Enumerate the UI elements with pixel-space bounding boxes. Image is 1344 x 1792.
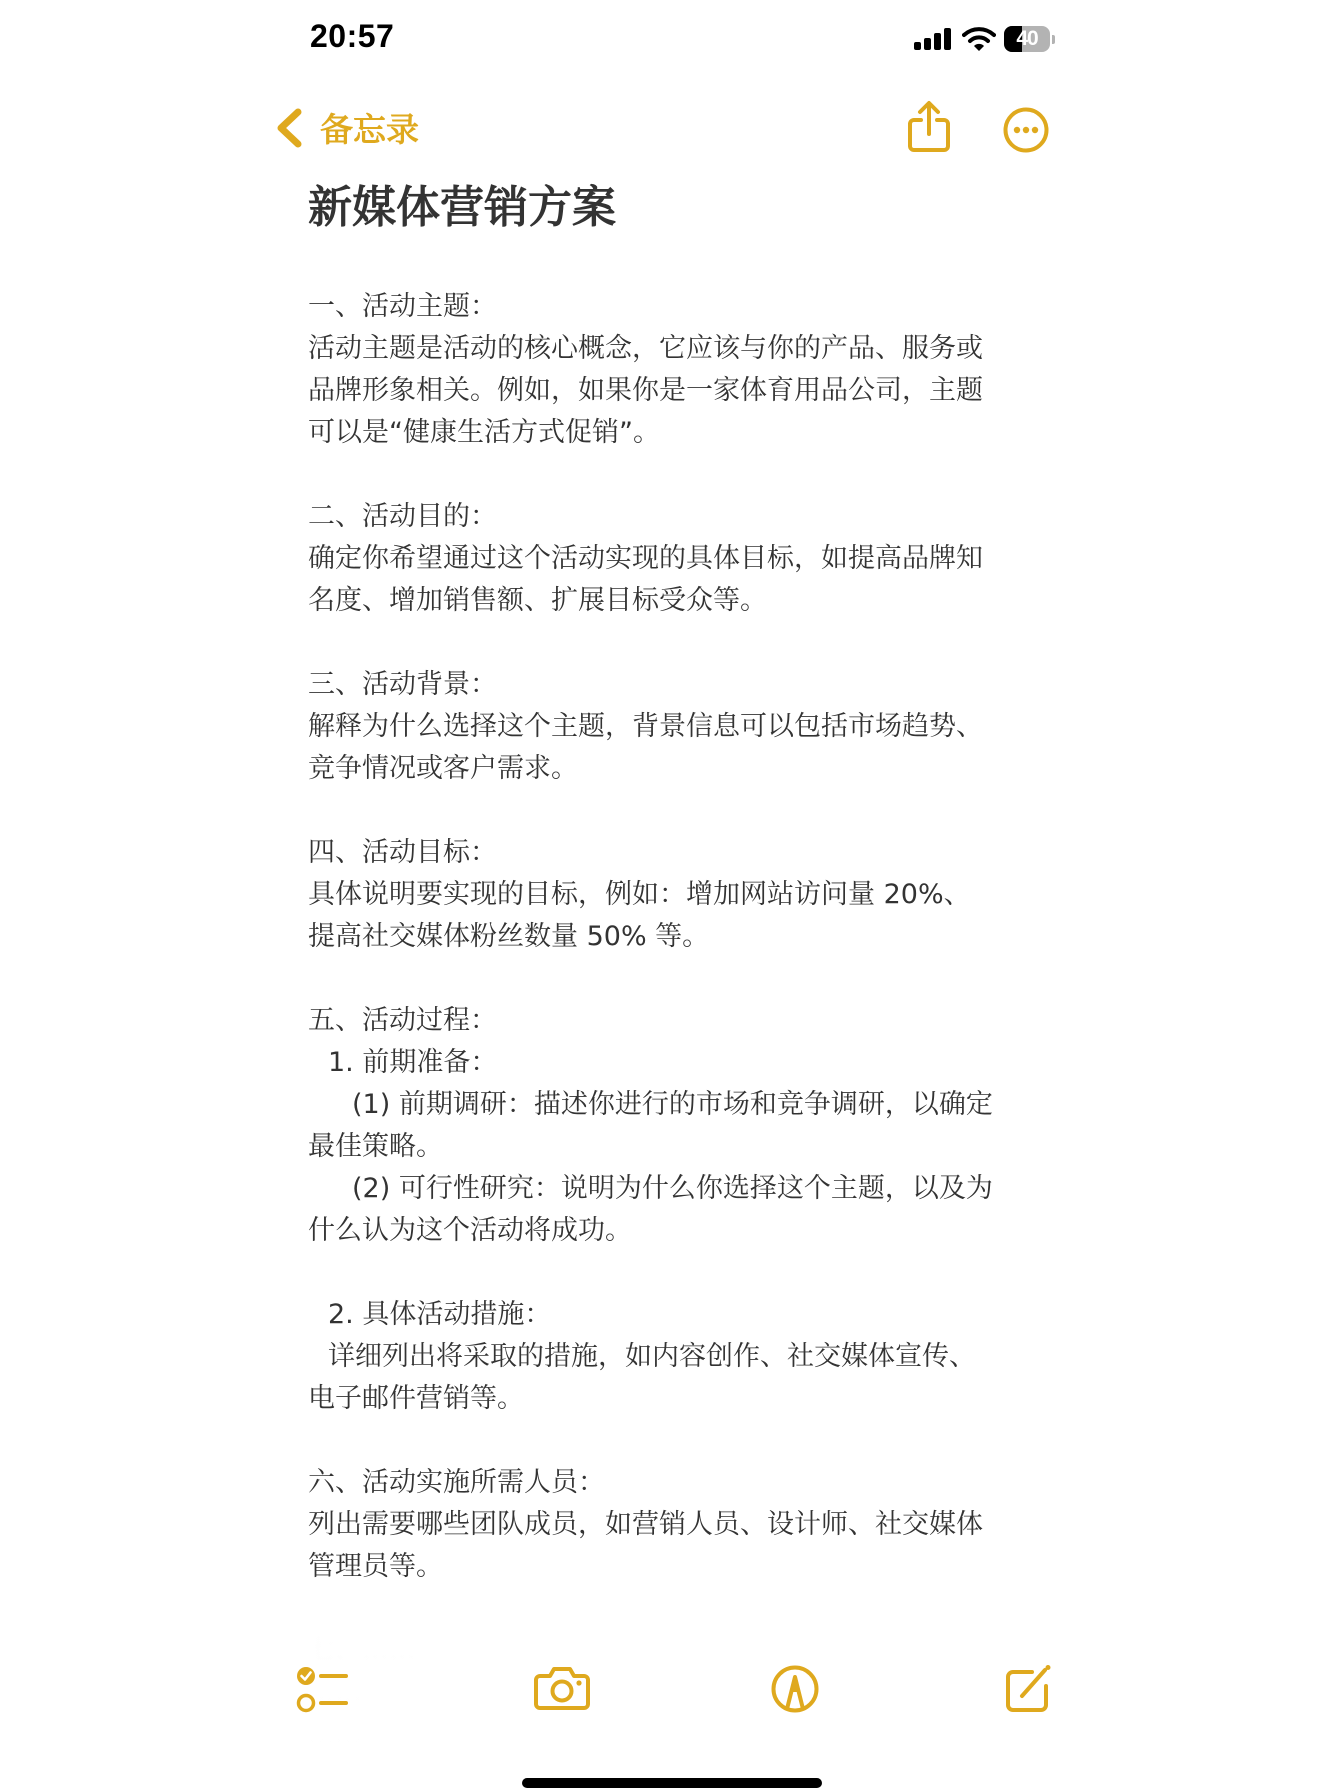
blank-line <box>308 1420 1048 1462</box>
subheading: 1. 前期准备： <box>308 1042 1048 1084</box>
battery-icon: 40 <box>1004 26 1050 52</box>
paragraph-line: 名度、增加销售额、扩展目标受众等。 <box>308 580 1048 622</box>
compose-icon <box>1004 1664 1054 1714</box>
section-heading: 五、活动过程： <box>308 1000 1048 1042</box>
section-heading: 二、活动目的： <box>308 496 1048 538</box>
paragraph-line: 活动主题是活动的核心概念，它应该与你的产品、服务或 <box>308 328 1048 370</box>
paragraph-line: 列出需要哪些团队成员，如营销人员、设计师、社交媒体 <box>308 1504 1048 1546</box>
chevron-left-icon <box>274 108 304 148</box>
blank-line <box>308 790 1048 832</box>
paragraph-line: 可以是“健康生活方式促销”。 <box>308 412 1048 454</box>
paragraph-line: 提高社交媒体粉丝数量 50% 等。 <box>308 916 1048 958</box>
battery-tip <box>1052 35 1055 44</box>
section-heading: 六、活动实施所需人员： <box>308 1462 1048 1504</box>
wifi-icon <box>962 27 996 51</box>
share-button[interactable] <box>906 100 952 158</box>
battery-level: 40 <box>1016 27 1037 51</box>
blank-line <box>308 454 1048 496</box>
section-heading: 一、活动主题： <box>308 286 1048 328</box>
paragraph-line: 管理员等。 <box>308 1546 1048 1588</box>
signal-icon <box>914 28 954 50</box>
share-icon <box>906 100 952 154</box>
paragraph-line: (2) 可行性研究：说明为什么你选择这个主题，以及为 <box>308 1168 1048 1210</box>
paragraph-line: 竞争情况或客户需求。 <box>308 748 1048 790</box>
paragraph-line: 具体说明要实现的目标，例如：增加网站访问量 20%、 <box>308 874 1048 916</box>
status-time: 20:57 <box>310 18 394 55</box>
subheading: 2. 具体活动措施： <box>308 1294 1048 1336</box>
back-label: 备忘录 <box>320 104 419 151</box>
compose-button[interactable] <box>1004 1664 1054 1718</box>
note-title[interactable]: 新媒体营销方案 <box>308 178 616 238</box>
markup-icon <box>770 1664 820 1714</box>
paragraph-line: 最佳策略。 <box>308 1126 1048 1168</box>
paragraph-line: (1) 前期调研：描述你进行的市场和竞争调研，以确定 <box>308 1084 1048 1126</box>
markup-button[interactable] <box>770 1664 820 1718</box>
checklist-icon <box>296 1664 350 1716</box>
more-button[interactable] <box>1002 106 1050 158</box>
camera-button[interactable] <box>533 1664 591 1716</box>
section-heading: 四、活动目标： <box>308 832 1048 874</box>
paragraph-line: 详细列出将采取的措施，如内容创作、社交媒体宣传、 <box>308 1336 1048 1378</box>
more-icon <box>1002 106 1050 154</box>
status-icons: 40 <box>914 24 1055 54</box>
paragraph-line: 确定你希望通过这个活动实现的具体目标，如提高品牌知 <box>308 538 1048 580</box>
blank-line <box>308 958 1048 1000</box>
toolbar-fade <box>0 1600 1344 1792</box>
note-body[interactable]: 一、活动主题： 活动主题是活动的核心概念，它应该与你的产品、服务或 品牌形象相关… <box>308 286 1048 1588</box>
home-indicator[interactable] <box>522 1778 822 1788</box>
paragraph-line: 解释为什么选择这个主题，背景信息可以包括市场趋势、 <box>308 706 1048 748</box>
camera-icon <box>533 1664 591 1712</box>
section-heading: 三、活动背景： <box>308 664 1048 706</box>
back-button[interactable]: 备忘录 <box>274 104 419 151</box>
blank-line <box>308 1252 1048 1294</box>
paragraph-line: 品牌形象相关。例如，如果你是一家体育用品公司，主题 <box>308 370 1048 412</box>
paragraph-line: 什么认为这个活动将成功。 <box>308 1210 1048 1252</box>
blank-line <box>308 622 1048 664</box>
checklist-button[interactable] <box>296 1664 350 1720</box>
paragraph-line: 电子邮件营销等。 <box>308 1378 1048 1420</box>
